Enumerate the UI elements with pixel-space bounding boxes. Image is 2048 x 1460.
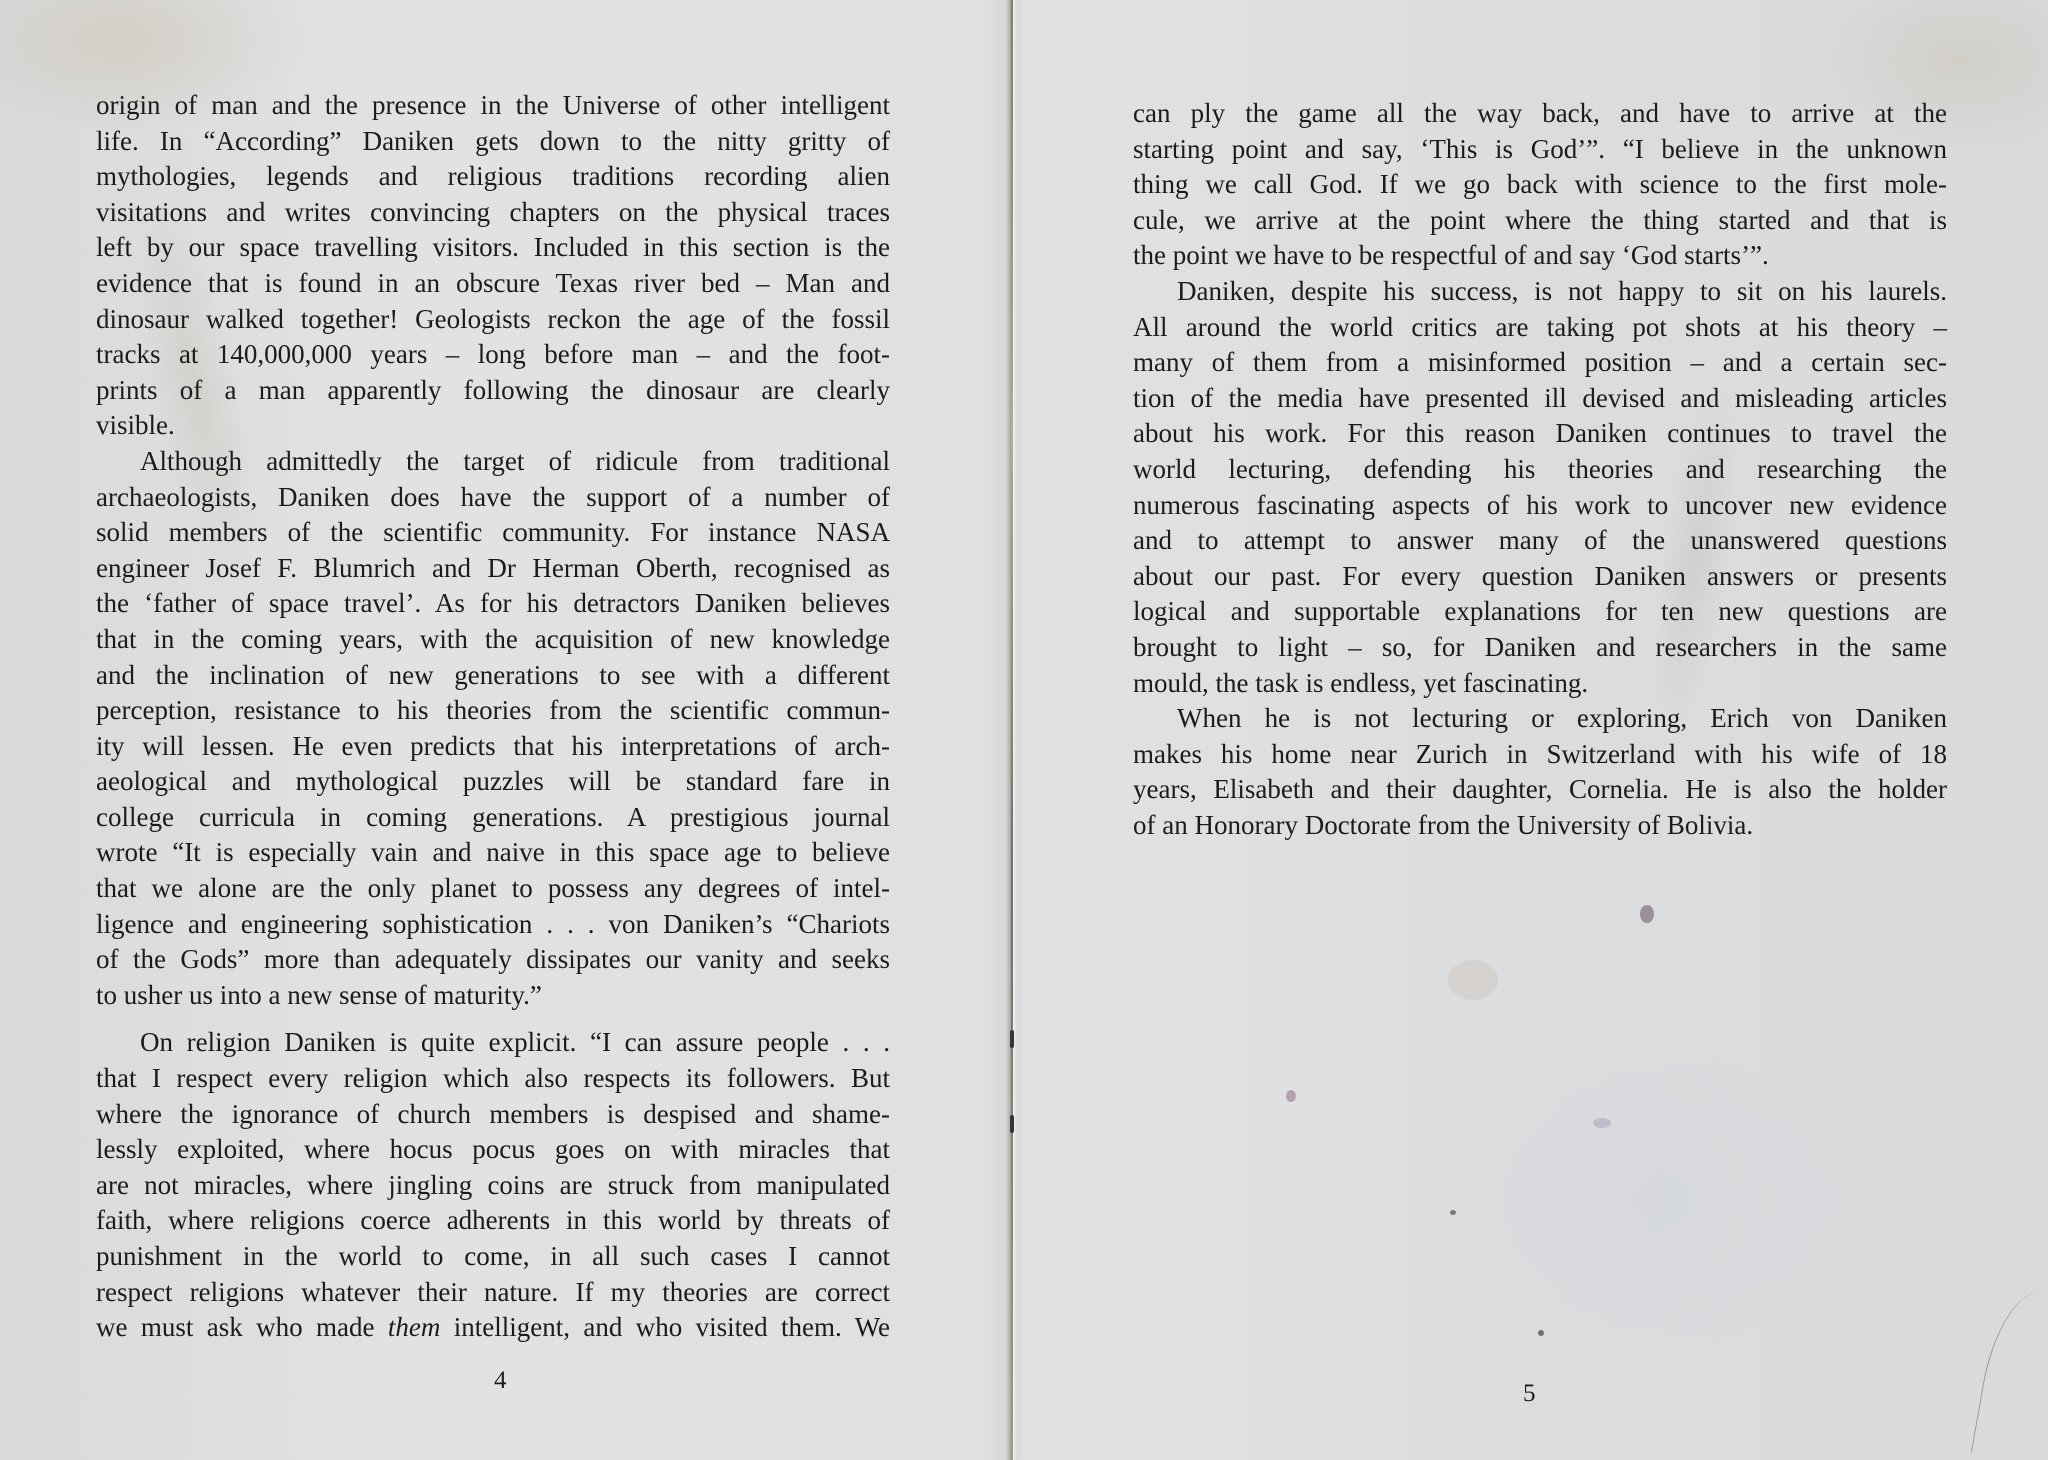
text-line: ligence and engineering sophistication .… xyxy=(96,907,890,943)
text-line: archaeologists, Daniken does have the su… xyxy=(96,480,890,516)
text-line: ity will lessen. He even predicts that h… xyxy=(96,729,890,765)
text-line: solid members of the scientific communit… xyxy=(96,515,890,551)
text-line: about our past. For every question Danik… xyxy=(1133,559,1947,595)
text-line: perception, resistance to his theories f… xyxy=(96,693,890,729)
text-line: origin of man and the presence in the Un… xyxy=(96,88,890,124)
text-line: many of them from a misinformed position… xyxy=(1133,345,1947,381)
text-line: to usher us into a new sense of maturity… xyxy=(96,978,890,1014)
text-line: tion of the media have presented ill dev… xyxy=(1133,381,1947,417)
text-line: are not miracles, where jingling coins a… xyxy=(96,1168,890,1204)
text-line: makes his home near Zurich in Switzerlan… xyxy=(1133,737,1947,773)
text-line: starting point and say, ‘This is God’”. … xyxy=(1133,132,1947,168)
paragraph: On religion Daniken is quite explicit. “… xyxy=(96,1025,890,1345)
paragraph: Daniken, despite his success, is not hap… xyxy=(1133,274,1947,701)
text-line: where the ignorance of church members is… xyxy=(96,1097,890,1133)
page-number: 4 xyxy=(494,1367,507,1395)
text-line: punishment in the world to come, in all … xyxy=(96,1239,890,1275)
ink-speck xyxy=(1538,1330,1544,1336)
text-line: about his work. For this reason Daniken … xyxy=(1133,416,1947,452)
page-number: 5 xyxy=(1523,1380,1536,1408)
paragraph: can ply the game all the way back, and h… xyxy=(1133,96,1947,274)
left-page: origin of man and the presence in the Un… xyxy=(0,0,1004,1460)
text-line: faith, where religions coerce adherents … xyxy=(96,1203,890,1239)
text-line: engineer Josef F. Blumrich and Dr Herman… xyxy=(96,551,890,587)
text-line: thing we call God. If we go back with sc… xyxy=(1133,167,1947,203)
paragraph: Although admittedly the target of ridicu… xyxy=(96,444,890,1014)
text-line: aeological and mythological puzzles will… xyxy=(96,764,890,800)
text-line: On religion Daniken is quite explicit. “… xyxy=(96,1025,890,1061)
paragraph: origin of man and the presence in the Un… xyxy=(96,88,890,444)
text-line: lessly exploited, where hocus pocus goes… xyxy=(96,1132,890,1168)
text-line: visitations and writes convincing chapte… xyxy=(96,195,890,231)
text-line: visible. xyxy=(96,408,890,444)
staple-icon xyxy=(1010,1030,1014,1048)
text-line: of the Gods” more than adequately dissip… xyxy=(96,942,890,978)
text-line: world lecturing, defending his theories … xyxy=(1133,452,1947,488)
ink-speck xyxy=(1286,1090,1296,1102)
text-line: the ‘father of space travel’. As for his… xyxy=(96,586,890,622)
text-line: and the inclination of new generations t… xyxy=(96,658,890,694)
text-line: Although admittedly the target of ridicu… xyxy=(96,444,890,480)
text-line: dinosaur walked together! Geologists rec… xyxy=(96,302,890,338)
ink-speck xyxy=(1640,905,1654,923)
text-line: that we alone are the only planet to pos… xyxy=(96,871,890,907)
text-line: college curricula in coming generations.… xyxy=(96,800,890,836)
text-line: logical and supportable explanations for… xyxy=(1133,594,1947,630)
book-spine-gutter xyxy=(1004,0,1018,1460)
text-line: evidence that is found in an obscure Tex… xyxy=(96,266,890,302)
paragraph: When he is not lecturing or exploring, E… xyxy=(1133,701,1947,843)
stain-spot xyxy=(1448,960,1498,1000)
text-line: Daniken, despite his success, is not hap… xyxy=(1133,274,1947,310)
text-line: and to attempt to answer many of the una… xyxy=(1133,523,1947,559)
text-line: that in the coming years, with the acqui… xyxy=(96,622,890,658)
italic-emphasis: them xyxy=(388,1312,440,1342)
text-line: wrote “It is especially vain and naive i… xyxy=(96,835,890,871)
text-line: left by our space travelling visitors. I… xyxy=(96,230,890,266)
text-line: All around the world critics are taking … xyxy=(1133,310,1947,346)
text-line: mythologies, legends and religious tradi… xyxy=(96,159,890,195)
text-line: of an Honorary Doctorate from the Univer… xyxy=(1133,808,1947,844)
ink-speck xyxy=(1450,1210,1456,1215)
right-page-text: can ply the game all the way back, and h… xyxy=(1133,96,1947,843)
right-page: can ply the game all the way back, and h… xyxy=(1018,0,2048,1460)
text-line: When he is not lecturing or exploring, E… xyxy=(1133,701,1947,737)
staple-icon xyxy=(1010,1115,1014,1133)
ink-speck xyxy=(1593,1118,1611,1128)
text-line: life. In “According” Daniken gets down t… xyxy=(96,124,890,160)
text-line: cule, we arrive at the point where the t… xyxy=(1133,203,1947,239)
text-line: mould, the task is endless, yet fascinat… xyxy=(1133,666,1947,702)
text-line: prints of a man apparently following the… xyxy=(96,373,890,409)
text-line: the point we have to be respectful of an… xyxy=(1133,238,1947,274)
text-line: years, Elisabeth and their daughter, Cor… xyxy=(1133,772,1947,808)
text-line: tracks at 140,000,000 years – long befor… xyxy=(96,337,890,373)
text-line: respect religions whatever their nature.… xyxy=(96,1275,890,1311)
text-line: that I respect every religion which also… xyxy=(96,1061,890,1097)
text-line: brought to light – so, for Daniken and r… xyxy=(1133,630,1947,666)
text-line: numerous fascinating aspects of his work… xyxy=(1133,488,1947,524)
text-line: we must ask who made them intelligent, a… xyxy=(96,1310,890,1346)
text-line: can ply the game all the way back, and h… xyxy=(1133,96,1947,132)
booklet-spread: origin of man and the presence in the Un… xyxy=(0,0,2048,1460)
left-page-text: origin of man and the presence in the Un… xyxy=(96,88,890,1346)
